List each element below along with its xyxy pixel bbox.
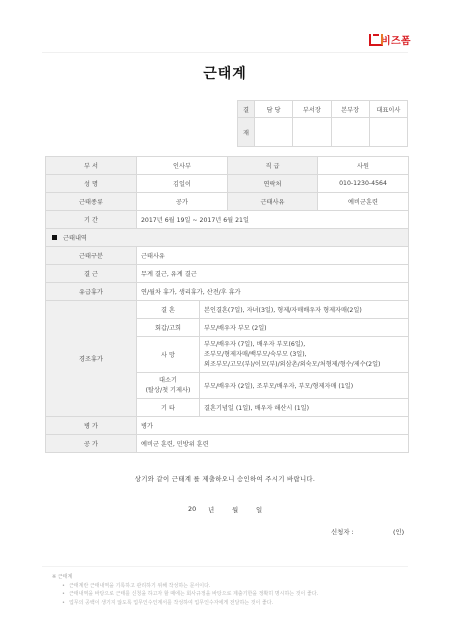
table-row: 유급휴가 연/월차 휴가, 생리휴가, 산전/후 휴가 <box>46 283 409 301</box>
period-value[interactable]: 2017년 6월 19일 ~ 2017년 6월 21일 <box>137 211 409 229</box>
memorial-value: 부모/배우자 (2일), 조부모/배우자, 부모/형제자매 (1일) <box>200 373 409 399</box>
approval-table: 결 담 당 부서장 본부장 대표이사 재 <box>237 100 408 147</box>
birthday-value: 부모/배우자 부모 (2일) <box>200 319 409 337</box>
notes-title: ※ 근태계 <box>52 573 318 582</box>
approval-col-dept-head: 부서장 <box>293 101 331 118</box>
memorial-label: 대소기 (탈상/첫 기제사) <box>137 373 200 399</box>
absence-value: 무계 결근, 유계 결근 <box>137 265 409 283</box>
footer-divider <box>42 566 408 567</box>
marriage-label: 결 혼 <box>137 301 200 319</box>
marriage-value: 본인결혼(7일), 자녀(3일), 형제/자매배우자 형제자매(2일) <box>200 301 409 319</box>
other-label: 기 타 <box>137 399 200 417</box>
applicant-line: 신청자 : (인) <box>331 527 354 536</box>
category-header-label: 근태구분 <box>46 247 137 265</box>
applicant-label: 신청자 : <box>331 528 354 536</box>
approval-col-division-head: 본부장 <box>331 101 369 118</box>
table-row: 병 가 병가 <box>46 417 409 435</box>
rank-label: 직 급 <box>228 157 318 175</box>
submission-statement: 상기와 같이 근태계 를 제출하오니 승인하여 주시기 바랍니다. <box>0 474 450 483</box>
sick-leave-label: 병 가 <box>46 417 137 435</box>
square-bullet-icon <box>52 235 57 240</box>
table-row: 경조휴가 결 혼 본인결혼(7일), 자녀(3일), 형제/자매배우자 형제자매… <box>46 301 409 319</box>
table-row: 부 서 인사부 직 급 사원 <box>46 157 409 175</box>
other-value: 결혼기념일 (1일), 배우자 해산시 (1일) <box>200 399 409 417</box>
contact-value[interactable]: 010-1230-4564 <box>318 175 409 193</box>
attendance-type-value[interactable]: 공가 <box>137 193 228 211</box>
attendance-form-table: 부 서 인사부 직 급 사원 성 명 김일이 연락처 010-1230-4564… <box>45 156 409 453</box>
death-value-line: 부모/배우자 (7일), 배우자 부모(6일), <box>204 340 404 350</box>
attendance-reason-value[interactable]: 예비군훈련 <box>318 193 409 211</box>
section-header-row: 근태내역 <box>46 229 409 247</box>
period-label: 기 간 <box>46 211 137 229</box>
paid-leave-label: 유급휴가 <box>46 283 137 301</box>
paid-leave-value: 연/월차 휴가, 생리휴가, 산전/후 휴가 <box>137 283 409 301</box>
day-label: 일 <box>256 505 262 514</box>
brand-logo: 비즈폼 <box>369 32 411 46</box>
death-value: 부모/배우자 (7일), 배우자 부모(6일), 조부모/형제자매/백부모/숙부… <box>200 337 409 373</box>
table-row: 근태구분 근태사유 <box>46 247 409 265</box>
dept-label: 부 서 <box>46 157 137 175</box>
note-item: 근태내역을 바탕으로 근태를 신청을 하고자 할 때에는 회사규정을 바탕으로 … <box>62 590 318 599</box>
dept-value[interactable]: 인사부 <box>137 157 228 175</box>
memorial-label-line2: (탈상/첫 기제사) <box>141 386 195 396</box>
year-label: 년 <box>208 505 232 514</box>
note-item: 업무의 공백이 생기지 않도록 업무인수인계서를 작성하여 업무인수자에게 전달… <box>62 599 318 608</box>
note-item: 근태계란 근태내역을 기록하고 관리하기 위해 작성하는 문서이다. <box>62 582 318 591</box>
logo-text: 비즈폼 <box>381 32 411 47</box>
header-divider <box>42 52 408 53</box>
notes-list: 근태계란 근태내역을 기록하고 관리하기 위해 작성하는 문서이다. 근태내역을… <box>52 582 318 608</box>
approval-sign-division-head[interactable] <box>331 118 369 147</box>
death-label: 사 망 <box>137 337 200 373</box>
memorial-label-line1: 대소기 <box>141 376 195 386</box>
approval-col-ceo: 대표이사 <box>369 101 407 118</box>
contact-label: 연락처 <box>228 175 318 193</box>
table-row: 성 명 김일이 연락처 010-1230-4564 <box>46 175 409 193</box>
seal-mark[interactable]: (인) <box>393 527 404 536</box>
approval-side-label-top: 결 <box>238 101 255 118</box>
table-row: 근태종류 공가 근태사유 예비군훈련 <box>46 193 409 211</box>
section-header: 근태내역 <box>46 229 409 247</box>
death-value-line: 조부모/형제자매/백부모/숙부모 (3일), <box>204 350 404 360</box>
table-row: 공 가 예비군 훈련, 민방위 훈련 <box>46 435 409 453</box>
attendance-type-label: 근태종류 <box>46 193 137 211</box>
official-leave-value: 예비군 훈련, 민방위 훈련 <box>137 435 409 453</box>
approval-sign-staff[interactable] <box>255 118 293 147</box>
sick-leave-value: 병가 <box>137 417 409 435</box>
logo-mark-icon <box>369 34 379 44</box>
table-row: 기 간 2017년 6월 19일 ~ 2017년 6월 21일 <box>46 211 409 229</box>
section-title: 근태내역 <box>63 235 87 242</box>
name-value[interactable]: 김일이 <box>137 175 228 193</box>
year-prefix[interactable]: 20 <box>188 505 208 514</box>
death-value-line: 외조부모/고모(부)/이모(부)/외삼촌/외숙모/처형제/형수/제수(2일) <box>204 360 404 370</box>
name-label: 성 명 <box>46 175 137 193</box>
approval-side-label-bottom: 재 <box>238 118 255 147</box>
approval-sign-ceo[interactable] <box>369 118 407 147</box>
document-title: 근태계 <box>0 63 450 83</box>
approval-sign-dept-head[interactable] <box>293 118 331 147</box>
absence-label: 결 근 <box>46 265 137 283</box>
birthday-label: 회갑/고희 <box>137 319 200 337</box>
table-row: 결 근 무계 결근, 유계 결근 <box>46 265 409 283</box>
month-label: 월 <box>232 505 256 514</box>
rank-value[interactable]: 사원 <box>318 157 409 175</box>
official-leave-label: 공 가 <box>46 435 137 453</box>
condolence-leave-label: 경조휴가 <box>46 301 137 417</box>
date-line: 20 년 월 일 <box>188 505 262 514</box>
guidance-notes: ※ 근태계 근태계란 근태내역을 기록하고 관리하기 위해 작성하는 문서이다.… <box>52 573 318 607</box>
attendance-reason-label: 근태사유 <box>228 193 318 211</box>
approval-col-staff: 담 당 <box>255 101 293 118</box>
category-header-value: 근태사유 <box>137 247 409 265</box>
